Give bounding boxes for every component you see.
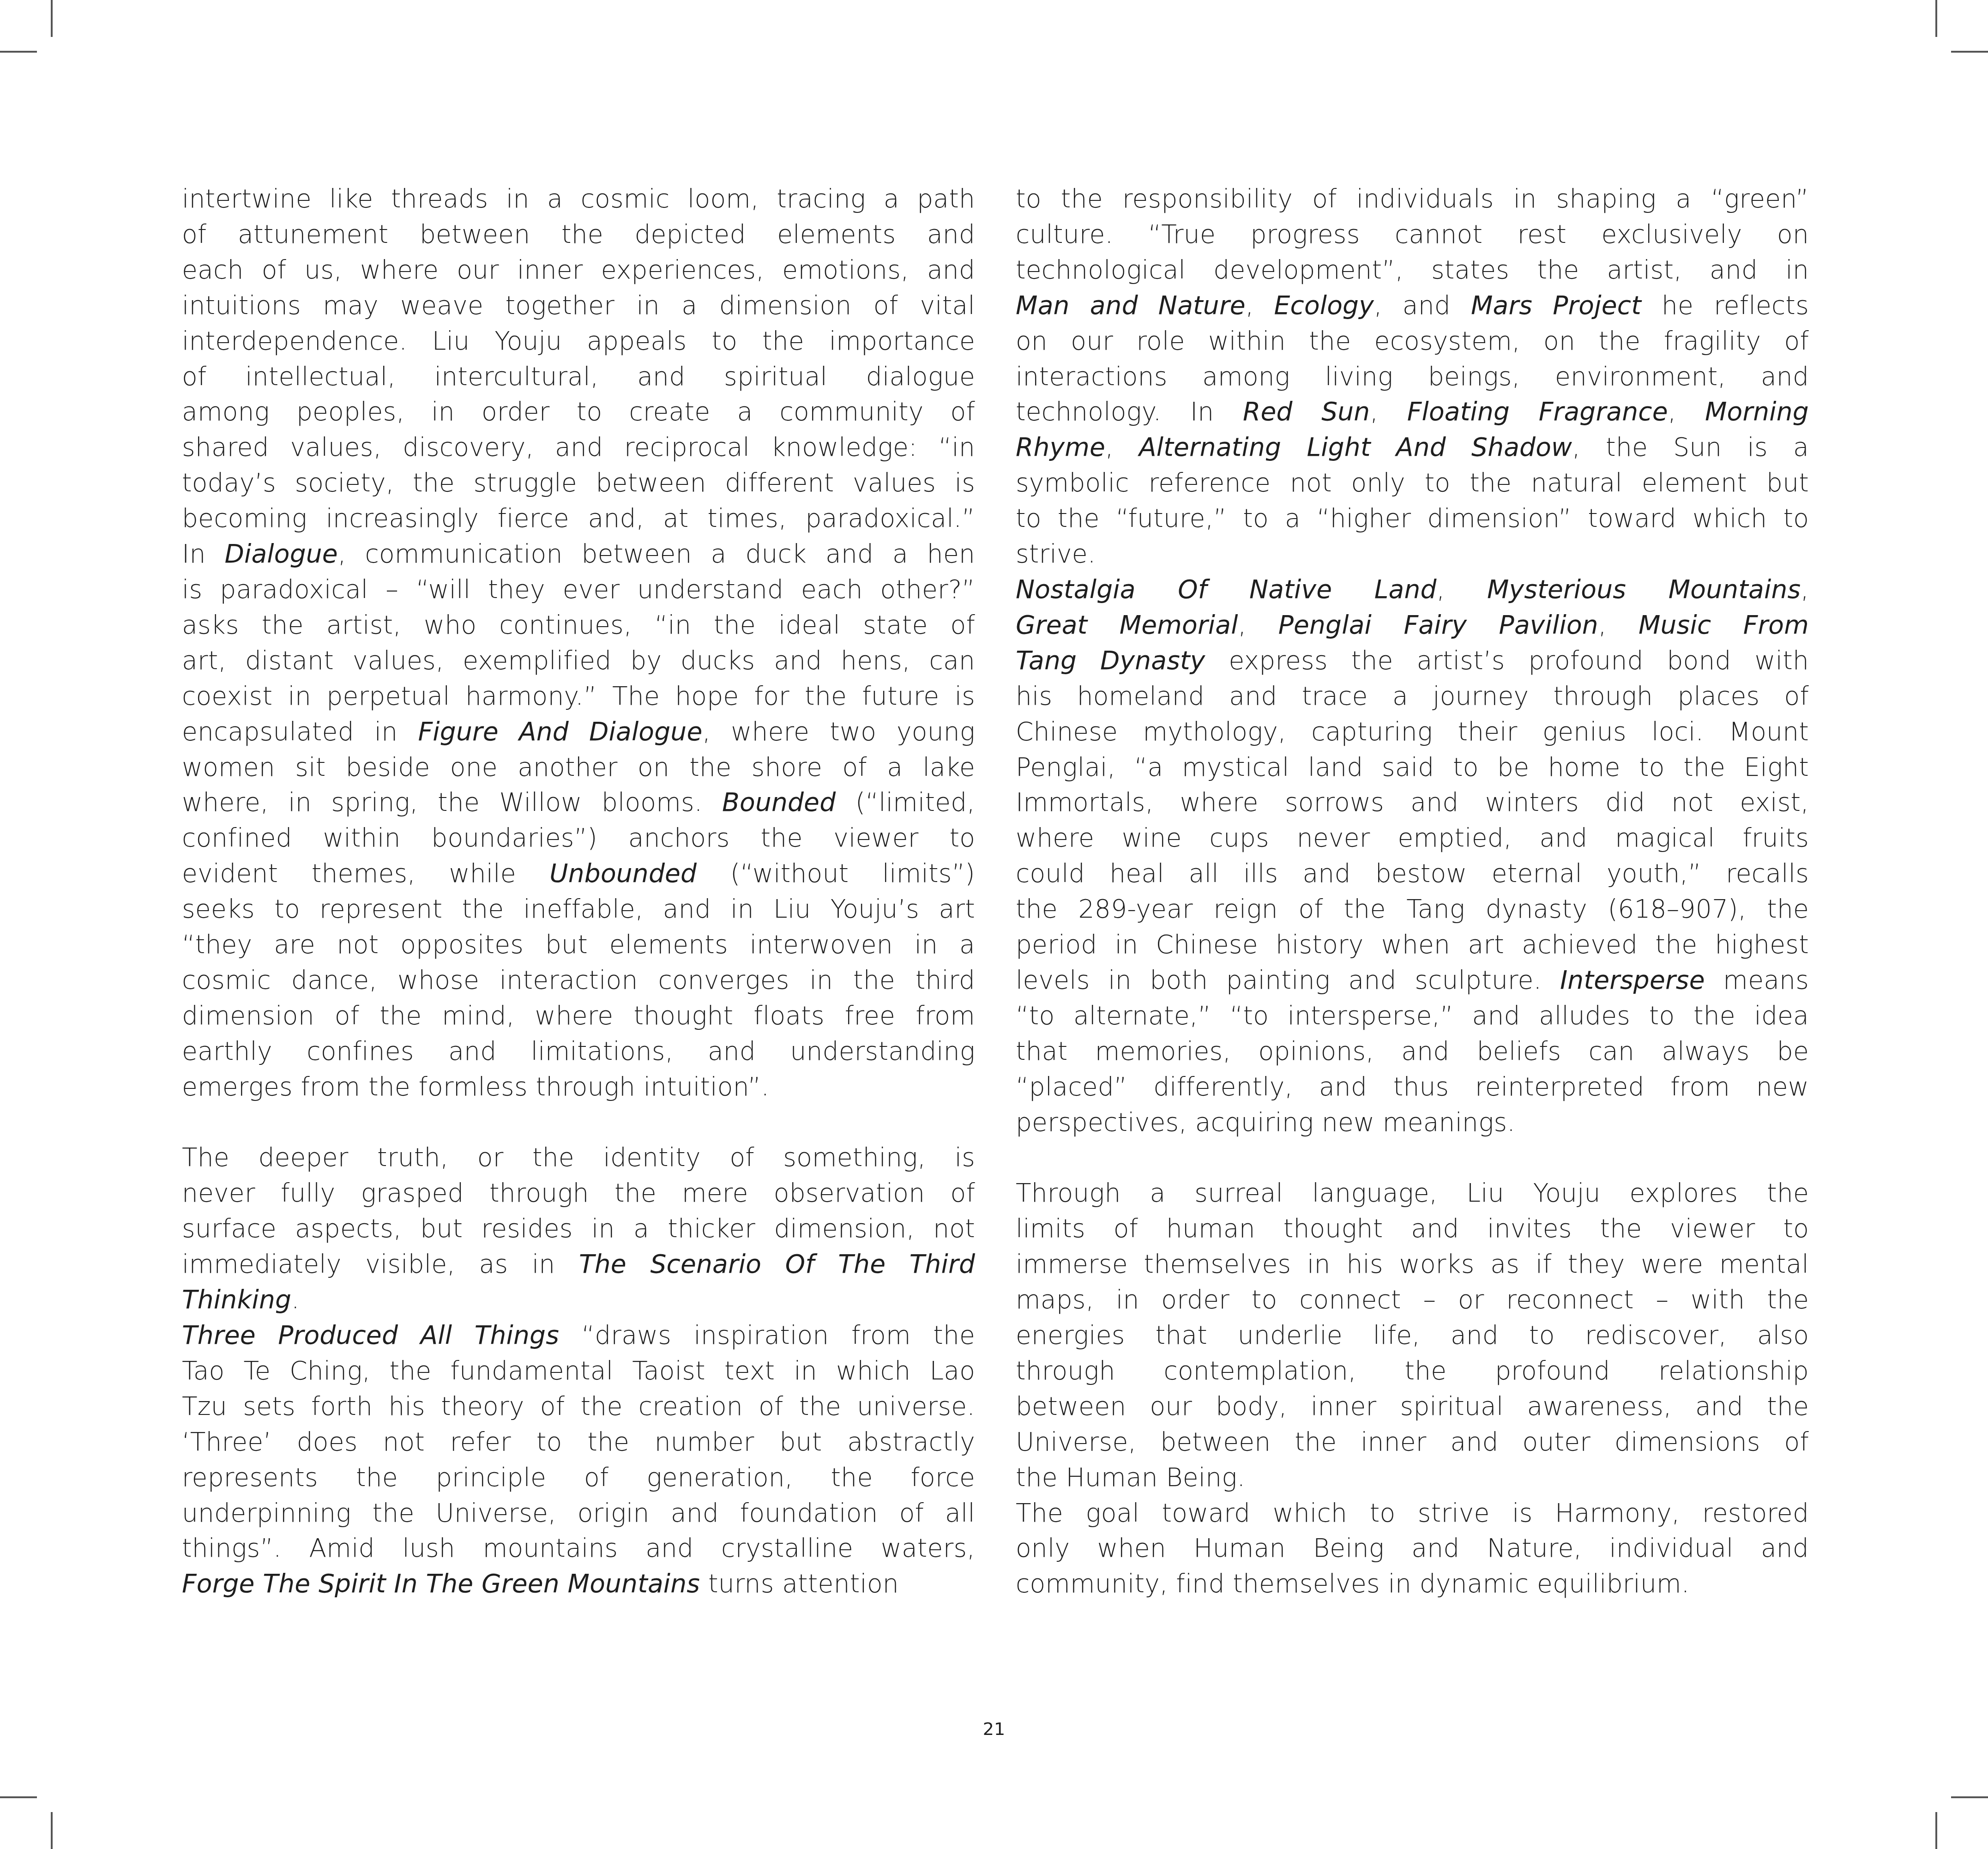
text-run: (“limited, [836, 787, 975, 817]
text-run: period in Chinese history when art achie… [1016, 930, 1809, 959]
text-line: is paradoxical – “will they ever underst… [182, 572, 975, 607]
text-line: today’s society, the struggle between di… [182, 465, 975, 501]
artwork-title: Thinking [182, 1285, 291, 1314]
text-line: Tao Te Ching, the fundamental Taoist tex… [182, 1353, 975, 1389]
text-run: through contemplation, the profound rela… [1016, 1356, 1809, 1385]
paragraph-spacer [182, 1105, 975, 1140]
text-line: never fully grasped through the mere obs… [182, 1175, 975, 1211]
text-run: of attunement between the depicted eleme… [182, 219, 975, 249]
text-line: dimension of the mind, where thought flo… [182, 998, 975, 1033]
text-line: asks the artist, who continues, “in the … [182, 607, 975, 643]
text-line: Rhyme, Alternating Light And Shadow, the… [1016, 429, 1809, 465]
text-run: surface aspects, but resides in a thicke… [182, 1214, 975, 1243]
paragraph: intertwine like threads in a cosmic loom… [182, 181, 975, 1105]
text-line: levels in both painting and sculpture. I… [1016, 962, 1809, 998]
artwork-title: Man and Nature [1016, 290, 1246, 320]
text-run: emerges from the formless through intuit… [182, 1072, 769, 1101]
text-run: , [1668, 397, 1705, 426]
text-run: , [1370, 397, 1407, 426]
artwork-title: Bounded [722, 787, 836, 817]
text-line: seeks to represent the ineffable, and in… [182, 891, 975, 927]
text-run: express the artist’s profound bond with [1205, 646, 1809, 675]
text-line: intuitions may weave together in a dimen… [182, 288, 975, 323]
artwork-title: Penglai Fairy Pavilion [1278, 610, 1598, 640]
text-line: immediately visible, as in The Scenario … [182, 1246, 975, 1282]
text-line: intertwine like threads in a cosmic loom… [182, 181, 975, 217]
crop-mark-top-right-vertical [1935, 0, 1937, 37]
text-run: is paradoxical – “will they ever underst… [182, 574, 975, 604]
text-run: levels in both painting and sculpture. [1016, 965, 1560, 995]
text-line: represents the principle of generation, … [182, 1460, 975, 1495]
text-run: could heal all ills and bestow eternal y… [1016, 858, 1809, 888]
artwork-title: Morning [1705, 397, 1809, 426]
text-run: asks the artist, who continues, “in the … [182, 610, 975, 640]
artwork-title: Alternating Light And Shadow [1139, 432, 1572, 462]
text-line: on our role within the ecosystem, on the… [1016, 323, 1809, 359]
text-run: underpinning the Universe, origin and fo… [182, 1498, 975, 1528]
crop-mark-bottom-left-vertical [51, 1812, 53, 1849]
text-line: “to alternate,” “to intersperse,” and al… [1016, 998, 1809, 1033]
text-line: where wine cups never emptied, and magic… [1016, 820, 1809, 856]
text-line: the Human Being. [1016, 1460, 1809, 1495]
artwork-title: The Scenario Of The Third [579, 1249, 975, 1279]
text-run: immerse themselves in his works as if th… [1016, 1249, 1809, 1279]
text-line: Universe, between the inner and outer di… [1016, 1424, 1809, 1460]
text-line: art, distant values, exemplified by duck… [182, 643, 975, 678]
text-run: women sit beside one another on the shor… [182, 752, 975, 782]
text-run: cosmic dance, whose interaction converge… [182, 965, 975, 995]
text-line: The deeper truth, or the identity of som… [182, 1140, 975, 1175]
artwork-title: Nostalgia Of Native Land [1016, 574, 1437, 604]
text-line: Through a surreal language, Liu Youju ex… [1016, 1175, 1809, 1211]
text-run: limits of human thought and invites the … [1016, 1214, 1809, 1243]
artwork-title: Unbounded [549, 858, 697, 888]
artwork-title: Intersperse [1560, 965, 1705, 995]
text-run: (“without limits”) [697, 858, 975, 888]
text-line: encapsulated in Figure And Dialogue, whe… [182, 714, 975, 749]
page-number: 21 [970, 1719, 1018, 1739]
paragraph: The goal toward which to strive is Harmo… [1016, 1495, 1809, 1602]
text-run: the 289-year reign of the Tang dynasty (… [1016, 894, 1809, 924]
text-run: interactions among living beings, enviro… [1016, 362, 1809, 391]
text-run: technological development”, states the a… [1016, 255, 1809, 284]
text-line: through contemplation, the profound rela… [1016, 1353, 1809, 1389]
text-run: symbolic reference not only to the natur… [1016, 468, 1809, 497]
text-run: In [182, 539, 224, 568]
artwork-title: Figure And Dialogue [418, 717, 702, 746]
text-line: Tang Dynasty express the artist’s profou… [1016, 643, 1809, 678]
text-run: becoming increasingly fierce and, at tim… [182, 503, 975, 533]
text-line: between our body, inner spiritual awaren… [1016, 1389, 1809, 1424]
text-run: shared values, discovery, and reciprocal… [182, 432, 975, 462]
text-line: of intellectual, intercultural, and spir… [182, 359, 975, 394]
text-run: , [1238, 610, 1278, 640]
left-text-column: intertwine like threads in a cosmic loom… [182, 181, 975, 1601]
text-line: could heal all ills and bestow eternal y… [1016, 856, 1809, 891]
text-line: Man and Nature, Ecology, and Mars Projec… [1016, 288, 1809, 323]
text-line: Great Memorial, Penglai Fairy Pavilion, … [1016, 607, 1809, 643]
text-line: limits of human thought and invites the … [1016, 1211, 1809, 1246]
text-line: energies that underlie life, and to redi… [1016, 1317, 1809, 1353]
text-line: strive. [1016, 536, 1809, 572]
text-run: he reflects [1641, 290, 1809, 320]
text-run: Immortals, where sorrows and winters did… [1016, 787, 1809, 817]
text-run: between our body, inner spiritual awaren… [1016, 1391, 1809, 1421]
text-run: , [1598, 610, 1639, 640]
text-run: ‘Three’ does not refer to the number but… [182, 1427, 975, 1456]
text-run: to the “future,” to a “higher dimension”… [1016, 503, 1809, 533]
text-run: Tao Te Ching, the fundamental Taoist tex… [182, 1356, 975, 1385]
text-run: confined within boundaries”) anchors the… [182, 823, 975, 852]
text-line: each of us, where our inner experiences,… [182, 252, 975, 288]
text-run: among peoples, in order to create a comm… [182, 397, 975, 426]
text-line: of attunement between the depicted eleme… [182, 217, 975, 252]
right-text-column: to the responsibility of individuals in … [1016, 181, 1809, 1601]
artwork-title: Dialogue [224, 539, 337, 568]
text-run: perspectives, acquiring new meanings. [1016, 1107, 1515, 1137]
text-line: interdependence. Liu Youju appeals to th… [182, 323, 975, 359]
text-line: “placed” differently, and thus reinterpr… [1016, 1069, 1809, 1105]
text-line: “they are not opposites but elements int… [182, 927, 975, 962]
text-run: , [1105, 432, 1139, 462]
text-line: the 289-year reign of the Tang dynasty (… [1016, 891, 1809, 927]
text-run: , communication between a duck and a hen [338, 539, 975, 568]
text-run: strive. [1016, 539, 1096, 568]
crop-mark-top-right-horizontal [1951, 51, 1988, 53]
artwork-title: Red Sun [1243, 397, 1370, 426]
paragraph: to the responsibility of individuals in … [1016, 181, 1809, 572]
paragraph: Three Produced All Things “draws inspira… [182, 1317, 975, 1601]
text-line: maps, in order to connect – or reconnect… [1016, 1282, 1809, 1317]
text-run: today’s society, the struggle between di… [182, 468, 975, 497]
artwork-title: Three Produced All Things [182, 1320, 559, 1350]
text-run: where wine cups never emptied, and magic… [1016, 823, 1809, 852]
paragraph: Through a surreal language, Liu Youju ex… [1016, 1175, 1809, 1495]
text-run: seeks to represent the ineffable, and in… [182, 894, 975, 924]
text-run: Through a surreal language, Liu Youju ex… [1016, 1178, 1809, 1208]
text-line: Three Produced All Things “draws inspira… [182, 1317, 975, 1353]
text-run: culture. “True progress cannot rest excl… [1016, 219, 1809, 249]
crop-mark-top-left-horizontal [0, 51, 37, 53]
text-run: The goal toward which to strive is Harmo… [1016, 1498, 1809, 1528]
artwork-title: Great Memorial [1016, 610, 1238, 640]
text-line: his homeland and trace a journey through… [1016, 678, 1809, 714]
artwork-title: Music From [1639, 610, 1809, 640]
text-run: represents the principle of generation, … [182, 1462, 975, 1492]
text-line: perspectives, acquiring new meanings. [1016, 1105, 1809, 1140]
text-line: shared values, discovery, and reciprocal… [182, 429, 975, 465]
text-run: , [1437, 574, 1487, 604]
text-line: underpinning the Universe, origin and fo… [182, 1495, 975, 1531]
text-run: , [1801, 574, 1809, 604]
text-line: technology. In Red Sun, Floating Fragran… [1016, 394, 1809, 429]
text-line: where, in spring, the Willow blooms. Bou… [182, 785, 975, 820]
text-run: on our role within the ecosystem, on the… [1016, 326, 1809, 356]
text-line: emerges from the formless through intuit… [182, 1069, 975, 1105]
text-line: Chinese mythology, capturing their geniu… [1016, 714, 1809, 749]
text-line: Immortals, where sorrows and winters did… [1016, 785, 1809, 820]
text-line: only when Human Being and Nature, indivi… [1016, 1530, 1809, 1566]
text-run: that memories, opinions, and beliefs can… [1016, 1036, 1809, 1066]
text-run: never fully grasped through the mere obs… [182, 1178, 975, 1208]
text-line: things”. Amid lush mountains and crystal… [182, 1530, 975, 1566]
text-line: Thinking. [182, 1282, 975, 1317]
text-run: where, in spring, the Willow blooms. [182, 787, 722, 817]
text-line: Forge The Spirit In The Green Mountains … [182, 1566, 975, 1601]
text-run: evident themes, while [182, 858, 549, 888]
text-line: surface aspects, but resides in a thicke… [182, 1211, 975, 1246]
text-line: Nostalgia Of Native Land, Mysterious Mou… [1016, 572, 1809, 607]
text-run: , the Sun is a [1572, 432, 1809, 462]
text-run: community, find themselves in dynamic eq… [1016, 1569, 1690, 1598]
text-run: “draws inspiration from the [559, 1320, 975, 1350]
text-run: , [1246, 290, 1274, 320]
text-line: to the “future,” to a “higher dimension”… [1016, 501, 1809, 536]
artwork-title: Rhyme [1016, 432, 1105, 462]
crop-mark-top-left-vertical [51, 0, 53, 37]
text-line: evident themes, while Unbounded (“withou… [182, 856, 975, 891]
text-line: Tzu sets forth his theory of the creatio… [182, 1389, 975, 1424]
text-line: technological development”, states the a… [1016, 252, 1809, 288]
artwork-title: Floating Fragrance [1407, 397, 1668, 426]
text-run: only when Human Being and Nature, indivi… [1016, 1533, 1809, 1563]
text-line: among peoples, in order to create a comm… [182, 394, 975, 429]
crop-mark-bottom-right-horizontal [1951, 1796, 1988, 1798]
text-line: becoming increasingly fierce and, at tim… [182, 501, 975, 536]
text-line: immerse themselves in his works as if th… [1016, 1246, 1809, 1282]
text-run: intuitions may weave together in a dimen… [182, 290, 975, 320]
text-run: maps, in order to connect – or reconnect… [1016, 1285, 1809, 1314]
artwork-title: Mars Project [1471, 290, 1641, 320]
text-line: culture. “True progress cannot rest excl… [1016, 217, 1809, 252]
text-run: encapsulated in [182, 717, 418, 746]
text-run: energies that underlie life, and to redi… [1016, 1320, 1809, 1350]
text-line: to the responsibility of individuals in … [1016, 181, 1809, 217]
crop-mark-bottom-right-vertical [1935, 1812, 1937, 1849]
text-run: Penglai, “a mystical land said to be hom… [1016, 752, 1809, 782]
text-run: each of us, where our inner experiences,… [182, 255, 975, 284]
text-run: to the responsibility of individuals in … [1016, 184, 1809, 213]
text-run: means [1705, 965, 1809, 995]
text-line: community, find themselves in dynamic eq… [1016, 1566, 1809, 1601]
text-line: women sit beside one another on the shor… [182, 749, 975, 785]
text-run: immediately visible, as in [182, 1249, 579, 1279]
text-line: cosmic dance, whose interaction converge… [182, 962, 975, 998]
text-run: The deeper truth, or the identity of som… [182, 1142, 975, 1172]
text-run: intertwine like threads in a cosmic loom… [182, 184, 975, 213]
text-run: of intellectual, intercultural, and spir… [182, 362, 975, 391]
text-run: Chinese mythology, capturing their geniu… [1016, 717, 1809, 746]
text-run: , where two young [702, 717, 975, 746]
text-line: that memories, opinions, and beliefs can… [1016, 1033, 1809, 1069]
text-run: “to alternate,” “to intersperse,” and al… [1016, 1001, 1809, 1030]
artwork-title: Mysterious Mountains [1487, 574, 1801, 604]
paragraph-spacer [1016, 1140, 1809, 1175]
text-run: . [291, 1285, 300, 1314]
text-line: confined within boundaries”) anchors the… [182, 820, 975, 856]
text-line: Penglai, “a mystical land said to be hom… [1016, 749, 1809, 785]
crop-mark-bottom-left-horizontal [0, 1796, 37, 1798]
text-run: coexist in perpetual harmony.” The hope … [182, 681, 975, 711]
text-line: earthly confines and limitations, and un… [182, 1033, 975, 1069]
text-run: “they are not opposites but elements int… [182, 930, 975, 959]
artwork-title: Ecology [1274, 290, 1374, 320]
text-run: things”. Amid lush mountains and crystal… [182, 1533, 975, 1563]
text-run: art, distant values, exemplified by duck… [182, 646, 975, 675]
artwork-title: Forge The Spirit In The Green Mountains [182, 1569, 700, 1598]
text-run: interdependence. Liu Youju appeals to th… [182, 326, 975, 356]
text-run: “placed” differently, and thus reinterpr… [1016, 1072, 1809, 1101]
text-line: symbolic reference not only to the natur… [1016, 465, 1809, 501]
text-line: The goal toward which to strive is Harmo… [1016, 1495, 1809, 1531]
paragraph: The deeper truth, or the identity of som… [182, 1140, 975, 1317]
text-line: In Dialogue, communication between a duc… [182, 536, 975, 572]
text-run: his homeland and trace a journey through… [1016, 681, 1809, 711]
text-run: the Human Being. [1016, 1462, 1245, 1492]
artwork-title: Tang Dynasty [1016, 646, 1205, 675]
text-run: turns attention [700, 1569, 899, 1598]
text-run: , and [1374, 290, 1471, 320]
text-run: earthly confines and limitations, and un… [182, 1036, 975, 1066]
text-line: coexist in perpetual harmony.” The hope … [182, 678, 975, 714]
text-line: ‘Three’ does not refer to the number but… [182, 1424, 975, 1460]
text-run: Universe, between the inner and outer di… [1016, 1427, 1809, 1456]
text-run: dimension of the mind, where thought flo… [182, 1001, 975, 1030]
text-run: Tzu sets forth his theory of the creatio… [182, 1391, 975, 1421]
paragraph: Nostalgia Of Native Land, Mysterious Mou… [1016, 572, 1809, 1140]
text-line: period in Chinese history when art achie… [1016, 927, 1809, 962]
text-run: technology. In [1016, 397, 1243, 426]
text-line: interactions among living beings, enviro… [1016, 359, 1809, 394]
